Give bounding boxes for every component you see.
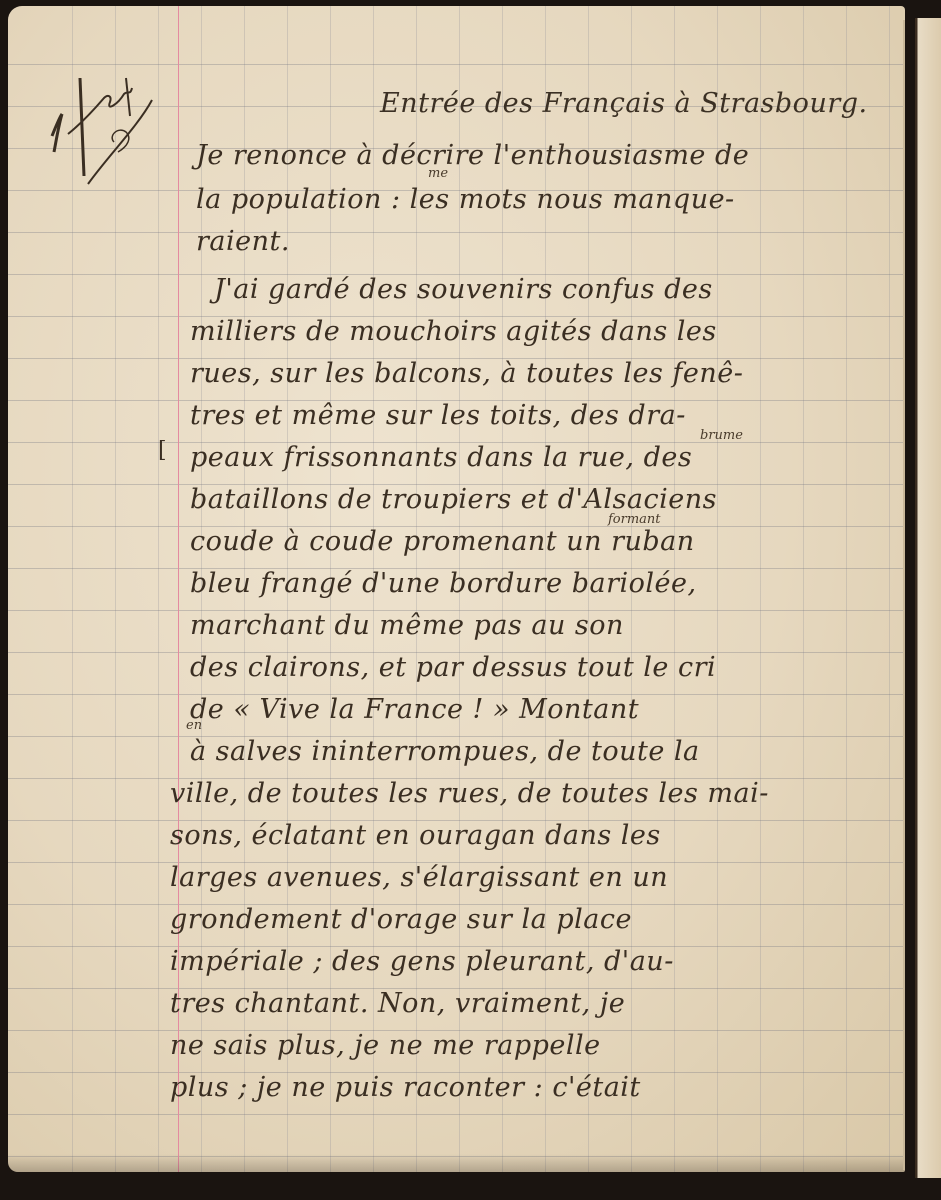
text-line-7: tres et même sur les toits, des dra- [190, 402, 686, 429]
text-line-18: larges avenues, s'élargissant en un [170, 864, 668, 891]
text-line-23: plus ; je ne puis raconter : c'était [170, 1074, 641, 1101]
handwritten-text: Entrée des Français à Strasbourg. Je ren… [8, 6, 905, 1172]
text-line-4: J'ai gardé des souvenirs confus des [214, 276, 713, 303]
page-title: Entrée des Français à Strasbourg. [380, 90, 868, 117]
text-line-12: marchant du même pas au son [190, 612, 624, 639]
text-line-6: rues, sur les balcons, à toutes les fenê… [190, 360, 743, 387]
correction-formant: formant [608, 512, 661, 527]
text-line-13: des clairons, et par dessus tout le cri [190, 654, 716, 681]
notebook-page: [ Entrée des Français à Strasbourg. Je r… [8, 6, 905, 1172]
correction-en: en [186, 718, 202, 733]
text-line-3: raient. [196, 228, 290, 255]
text-line-19: grondement d'orage sur la place [170, 906, 632, 933]
text-line-11: bleu frangé d'une bordure bariolée, [190, 570, 697, 597]
text-line-2: la population : les mots nous manque- [196, 186, 735, 213]
text-line-9: bataillons de troupiers et d'Alsaciens [190, 486, 717, 513]
next-page-edge [915, 18, 941, 1178]
correction-brume: brume [700, 428, 743, 443]
text-line-16: ville, de toutes les rues, de toutes les… [170, 780, 769, 807]
text-line-10: coude à coude promenant un ruban [190, 528, 695, 555]
text-line-21: tres chantant. Non, vraiment, je [170, 990, 625, 1017]
text-line-20: impériale ; des gens pleurant, d'au- [170, 948, 674, 975]
text-line-15: à salves ininterrompues, de toute la [190, 738, 700, 765]
correction-me: me [428, 166, 448, 181]
text-line-22: ne sais plus, je ne me rappelle [170, 1032, 601, 1059]
page-bottom-edge [8, 1154, 905, 1172]
text-line-5: milliers de mouchoirs agités dans les [190, 318, 717, 345]
text-line-1: Je renonce à décrire l'enthousiasme de [196, 142, 749, 169]
text-line-17: sons, éclatant en ouragan dans les [170, 822, 661, 849]
text-line-8: peaux frissonnants dans la rue, des [190, 444, 692, 471]
page-fold [903, 20, 905, 1170]
text-line-14: de « Vive la France ! » Montant [190, 696, 639, 723]
